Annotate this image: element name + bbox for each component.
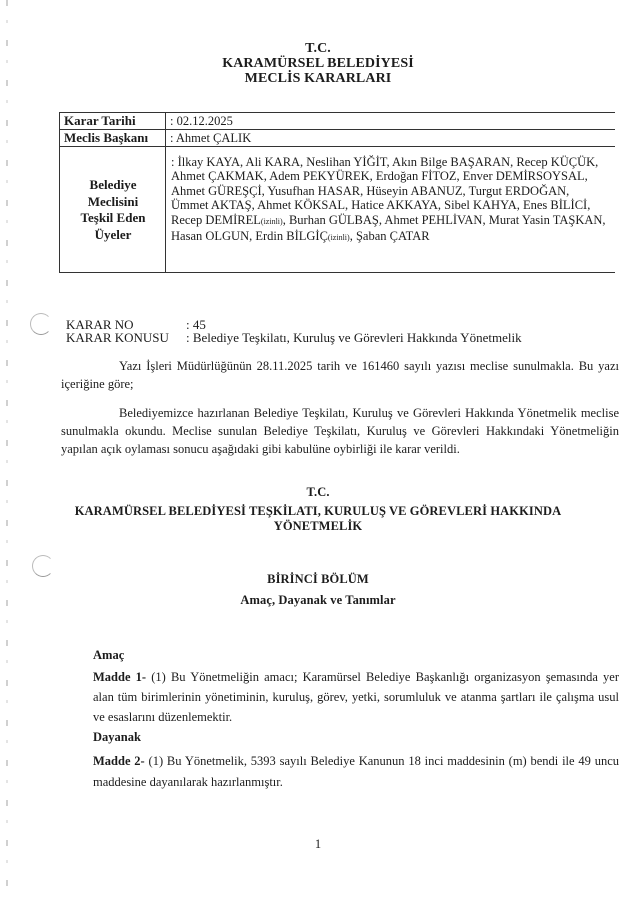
members-line: Ümmet AKTAŞ, Ahmet KÖKSAL, Hatice AKKAYA… [171,198,616,212]
section-heading-dayanak: Dayanak [93,730,141,745]
value-meclis-baskani: : Ahmet ÇALIK [170,130,251,146]
decision-subject-label: KARAR KONUSU [66,331,169,345]
article-2: Madde 2- (1) Bu Yönetmelik, 5393 sayılı … [93,751,619,793]
header-title: MECLİS KARARLARI [0,71,636,87]
row-karar-tarihi: Karar Tarihi : 02.12.2025 [60,113,615,130]
on-leave-note: (izinli) [328,233,350,242]
on-leave-note: (izinli) [261,217,283,226]
page-number: 1 [0,837,636,852]
header-tc: T.C. [0,41,636,57]
header-municipality: KARAMÜRSEL BELEDİYESİ [0,56,636,72]
members-label: Belediye Meclisini Teşkil Eden Üyeler [60,177,166,243]
part-subtitle: Amaç, Dayanak ve Tanımlar [0,592,636,608]
scan-edge-artifact [6,0,8,900]
article-2-label: Madde 2- [93,754,145,768]
members-label-cell: Belediye Meclisini Teşkil Eden Üyeler [60,147,166,272]
article-1-text: (1) Bu Yönetmeliğin amacı; Karamürsel Be… [93,670,619,724]
article-1-label: Madde 1- [93,670,146,684]
members-line: Hasan OLGUN, Erdin BİLGİÇ(izinli), Şaban… [171,229,616,245]
value-karar-tarihi: : 02.12.2025 [170,113,233,129]
members-line: Recep DEMİREL(izinli), Burhan GÜLBAŞ, Ah… [171,213,616,229]
regulation-tc: T.C. [0,484,636,500]
decision-subject-value: : Belediye Teşkilatı, Kuruluş ve Görevle… [186,331,522,345]
punch-hole-mark [30,313,52,335]
article-2-text: (1) Bu Yönetmelik, 5393 sayılı Belediye … [93,754,619,789]
row-meclis-baskani: Meclis Başkanı : Ahmet ÇALIK [60,130,615,147]
members-line: Ahmet ÇAKMAK, Adem PEKYÜREK, Erdoğan FİT… [171,169,616,183]
part-heading: BİRİNCİ BÖLÜM [0,571,636,587]
members-line: Ahmet GÜREŞÇİ, Yusufhan HASAR, Hüseyin A… [171,184,616,198]
members-line: : İlkay KAYA, Ali KARA, Neslihan YİĞİT, … [171,155,616,169]
regulation-title-line1: KARAMÜRSEL BELEDİYESİ TEŞKİLATI, KURULUŞ… [0,503,636,519]
regulation-title-line2: YÖNETMELİK [0,518,636,534]
members-list: : İlkay KAYA, Ali KARA, Neslihan YİĞİT, … [171,155,616,245]
paragraph-intro: Yazı İşleri Müdürlüğünün 28.11.2025 tari… [61,357,619,393]
article-1: Madde 1- (1) Bu Yönetmeliğin amacı; Kara… [93,667,619,727]
info-table: Karar Tarihi : 02.12.2025 Meclis Başkanı… [59,112,615,273]
label-karar-tarihi: Karar Tarihi [60,113,166,129]
label-meclis-baskani: Meclis Başkanı [60,130,166,146]
paragraph-decision: Belediyemizce hazırlanan Belediye Teşkil… [61,404,619,458]
section-heading-amac: Amaç [93,648,124,663]
